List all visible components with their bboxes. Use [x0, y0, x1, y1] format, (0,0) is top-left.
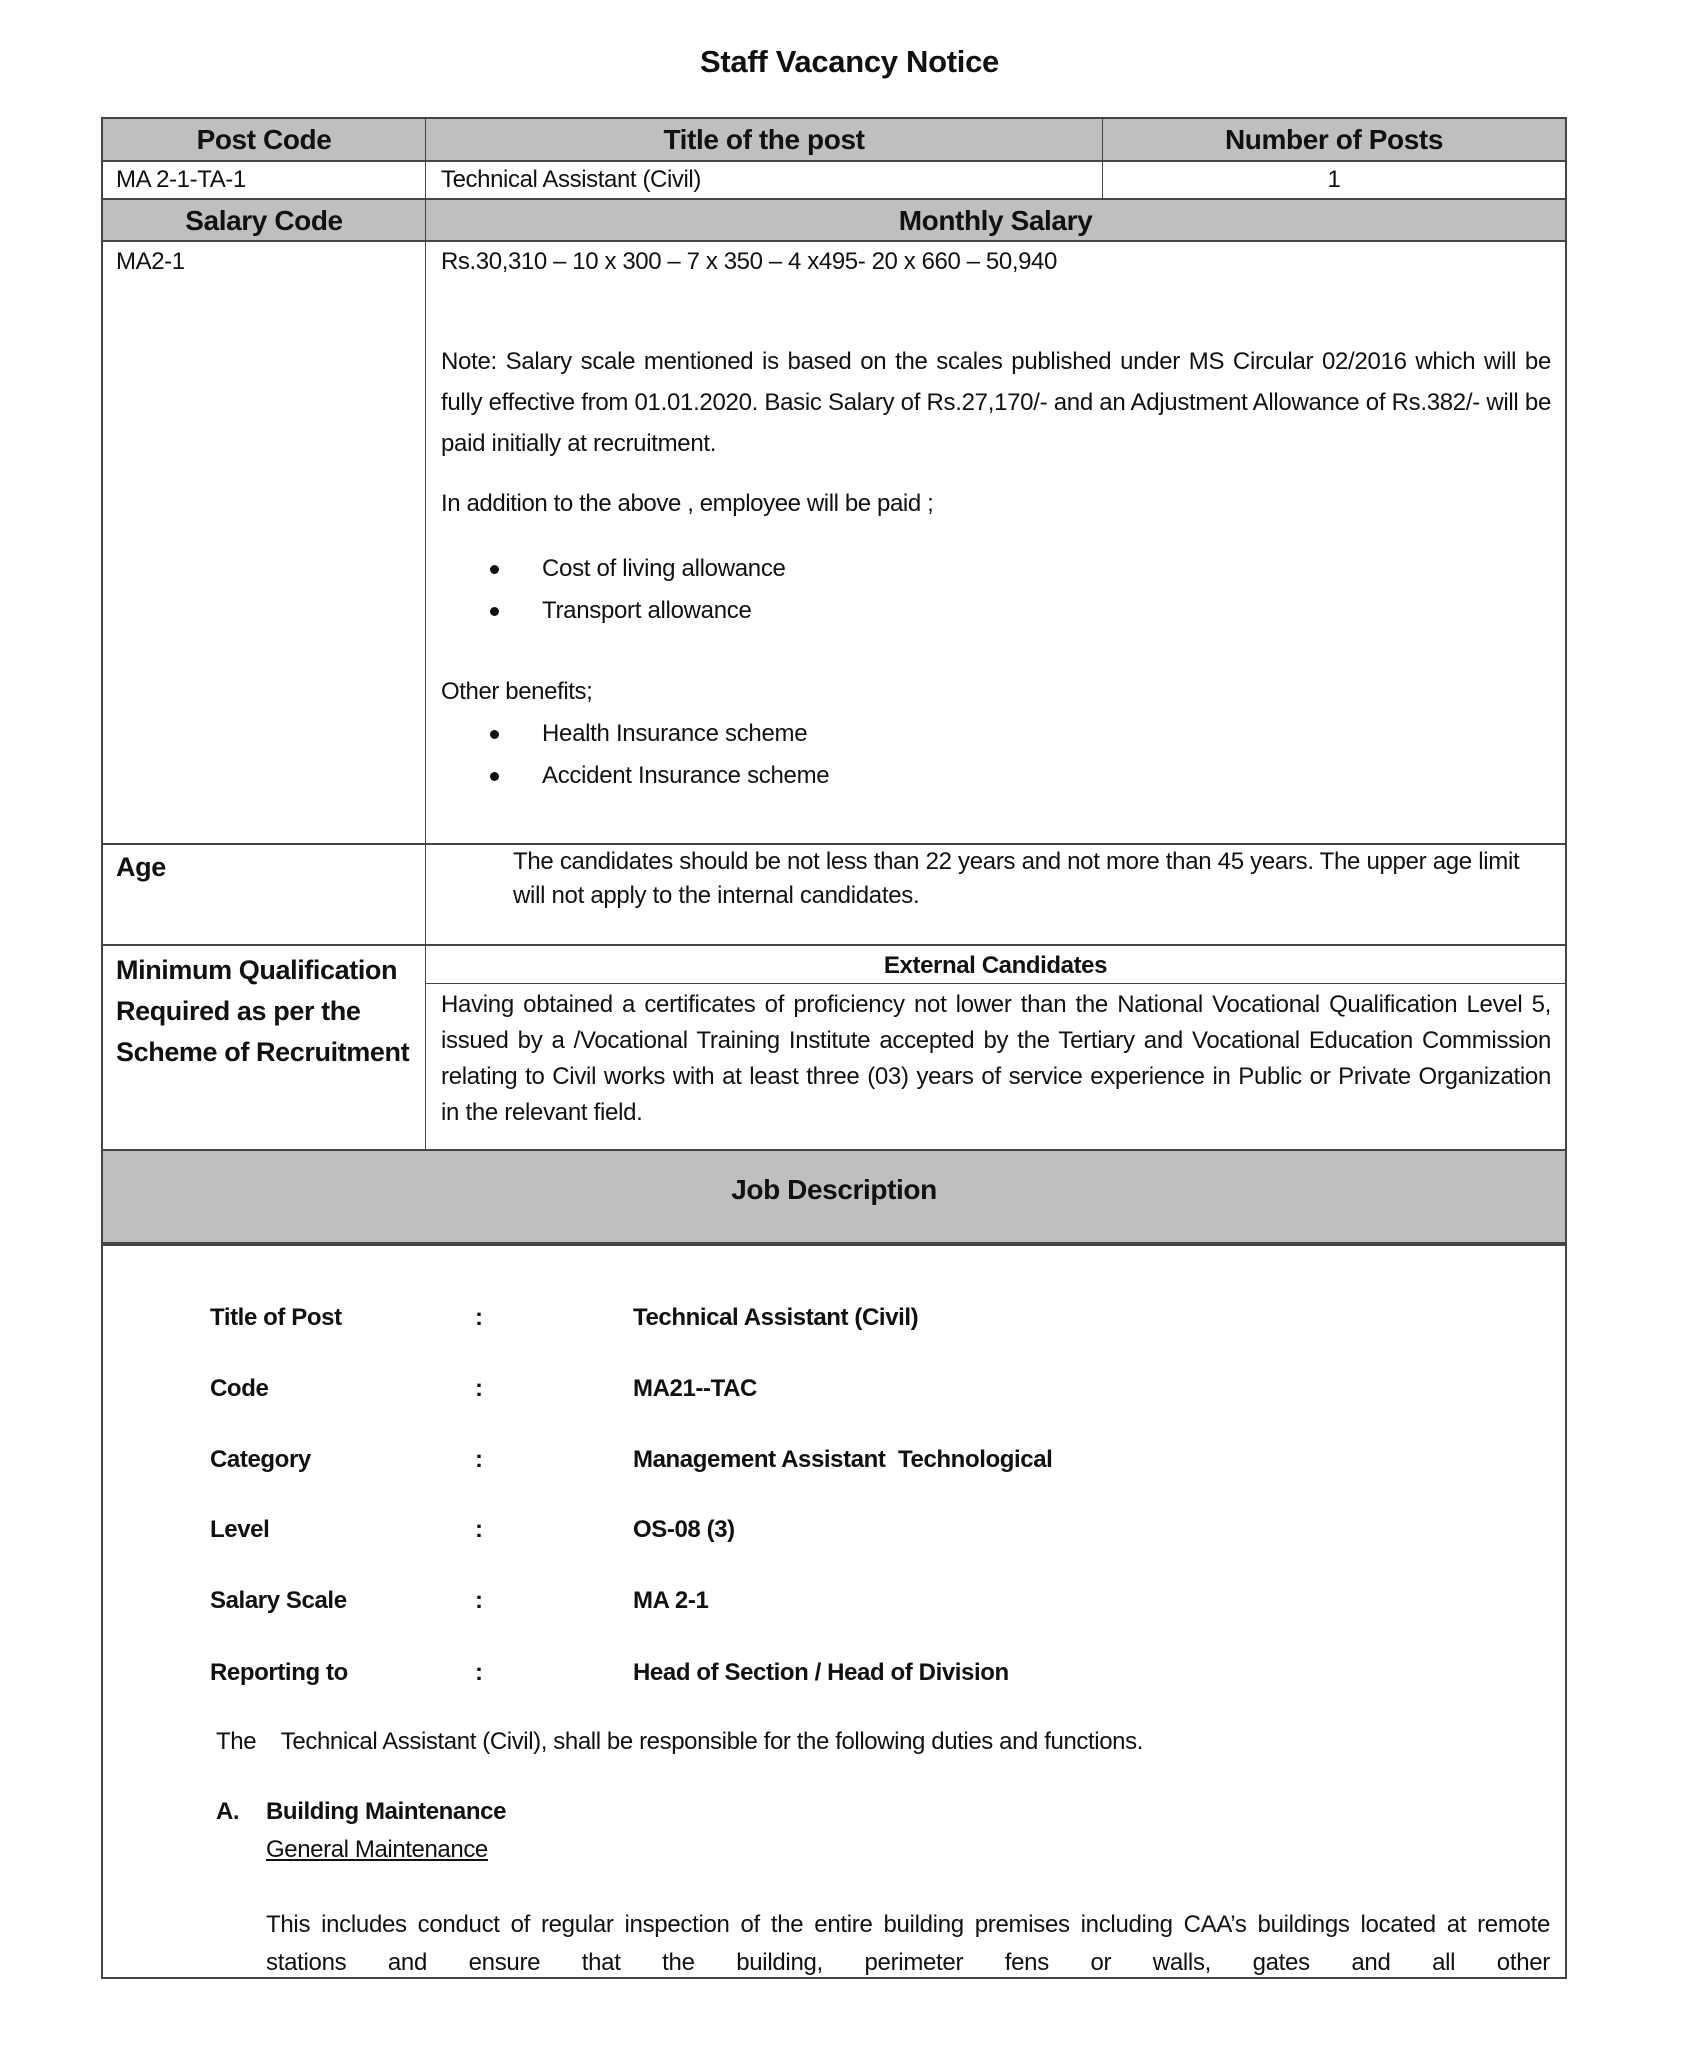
post-code-value: MA 2-1-TA-1: [116, 166, 246, 194]
field-value: OS-08 (3): [633, 1516, 735, 1544]
field-value: Technical Assistant (Civil): [633, 1304, 918, 1332]
post-title-value: Technical Assistant (Civil): [441, 166, 701, 194]
field-value: MA21--TAC: [633, 1375, 757, 1403]
subsection-title: General Maintenance: [266, 1836, 488, 1864]
benefit-item: Health Insurance scheme: [542, 720, 807, 748]
section-body: This includes conduct of regular inspect…: [266, 1906, 1550, 1982]
number-of-posts-value: 1: [1103, 166, 1565, 194]
field-label: Title of Post: [210, 1304, 342, 1332]
section-marker: A.: [216, 1798, 239, 1826]
header-post-code: Post Code: [103, 120, 425, 160]
header-salary-code: Salary Code: [103, 201, 425, 241]
field-separator: :: [475, 1375, 483, 1403]
field-separator: :: [475, 1446, 483, 1474]
section-title: Building Maintenance: [266, 1798, 506, 1826]
page-title: Staff Vacancy Notice: [0, 44, 1699, 80]
field-value: Management Assistant Technological: [633, 1446, 1052, 1474]
other-benefits-label: Other benefits;: [441, 678, 592, 706]
qualification-label: Minimum Qualification Required as per th…: [116, 950, 416, 1073]
age-label: Age: [116, 853, 166, 881]
header-title-of-post: Title of the post: [426, 120, 1102, 160]
field-label: Level: [210, 1516, 269, 1544]
field-label: Category: [210, 1446, 311, 1474]
duties-intro: The Technical Assistant (Civil), shall b…: [216, 1728, 1143, 1756]
field-label: Salary Scale: [210, 1587, 347, 1615]
salary-scale-value: Rs.30,310 – 10 x 300 – 7 x 350 – 4 x495-…: [441, 248, 1057, 276]
field-value: MA 2-1: [633, 1587, 708, 1615]
field-separator: :: [475, 1587, 483, 1615]
allowance-item: Cost of living allowance: [542, 555, 786, 583]
benefit-item: Accident Insurance scheme: [542, 762, 829, 790]
field-separator: :: [475, 1304, 483, 1332]
salary-code-value: MA2-1: [116, 248, 185, 276]
addition-intro: In addition to the above , employee will…: [441, 490, 933, 518]
external-candidates-header: External Candidates: [426, 952, 1565, 980]
qualification-text: Having obtained a certificates of profic…: [441, 987, 1551, 1131]
header-number-of-posts: Number of Posts: [1103, 120, 1565, 160]
salary-note: Note: Salary scale mentioned is based on…: [441, 341, 1551, 464]
age-text: The candidates should be not less than 2…: [513, 845, 1553, 913]
field-label: Code: [210, 1375, 268, 1403]
header-monthly-salary: Monthly Salary: [426, 201, 1565, 241]
field-label: Reporting to: [210, 1659, 348, 1687]
field-separator: :: [475, 1659, 483, 1687]
allowance-item: Transport allowance: [542, 597, 752, 625]
field-separator: :: [475, 1516, 483, 1544]
job-description-header: Job Description: [103, 1170, 1565, 1210]
field-value: Head of Section / Head of Division: [633, 1659, 1009, 1687]
